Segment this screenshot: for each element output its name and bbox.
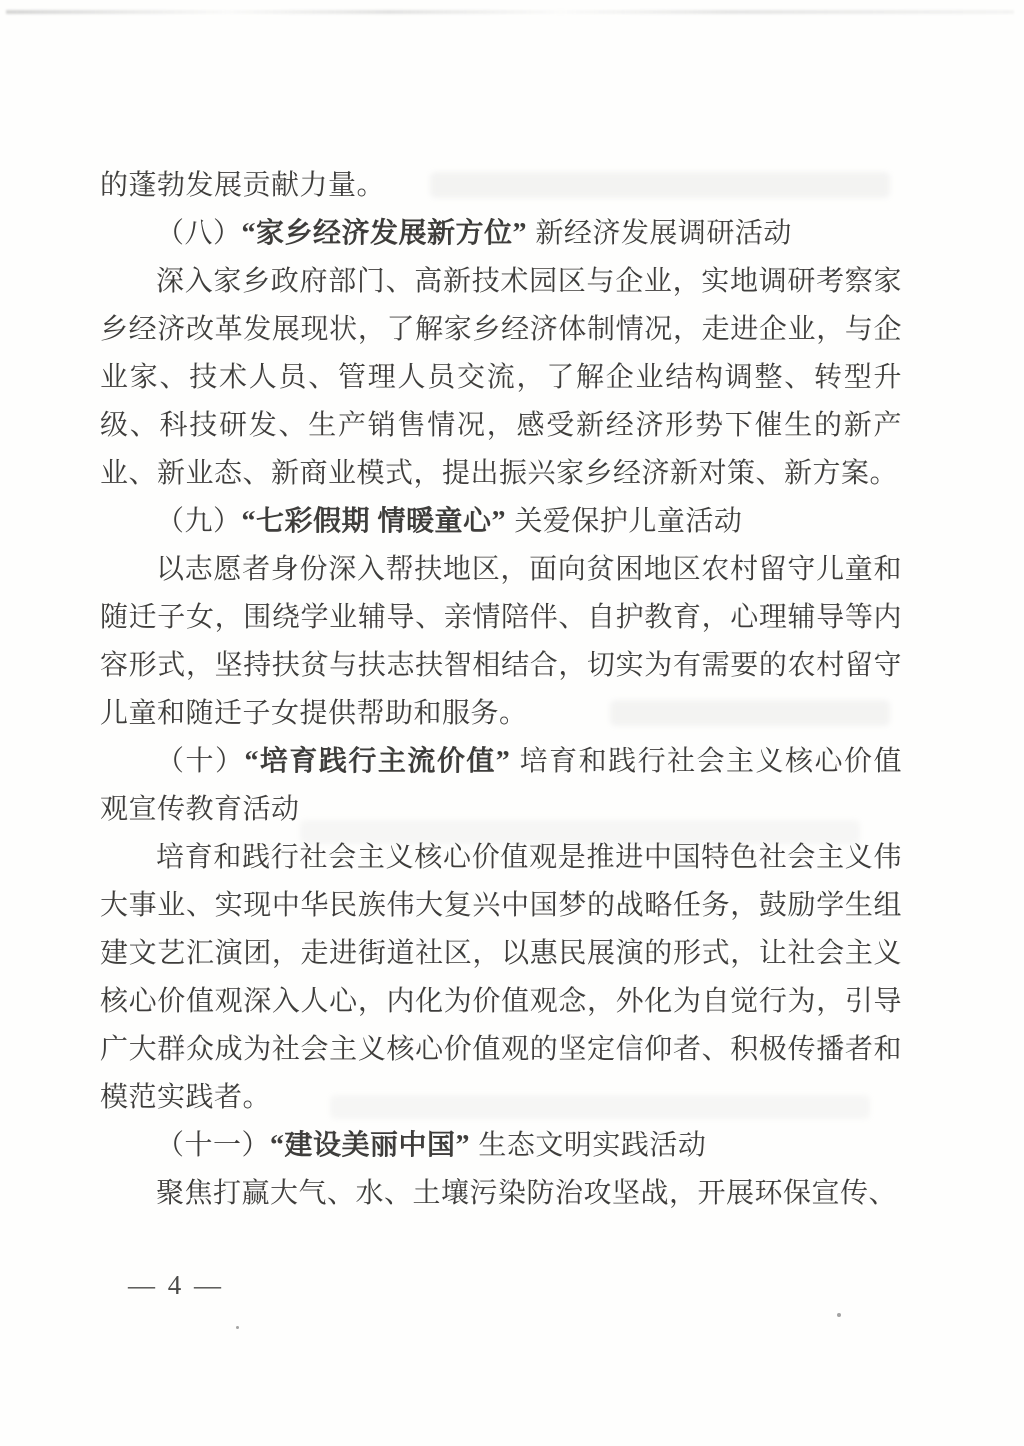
section-heading-10: （十）“培育践行主流价值”培育和践行社会主义核心价值观宣传教育活动 bbox=[100, 738, 902, 834]
heading-prefix: （八） bbox=[156, 218, 242, 249]
section-body-10: 培育和践行社会主义核心价值观是推进中国特色社会主义伟大事业、实现中华民族伟大复兴… bbox=[100, 834, 902, 1122]
scanned-document-page: 的蓬勃发展贡献力量。 （八）“家乡经济发展新方位”新经济发展调研活动 深入家乡政… bbox=[0, 0, 1024, 1446]
heading-prefix: （十） bbox=[156, 746, 244, 777]
scan-artifact-speck bbox=[236, 1326, 239, 1329]
heading-suffix: 关爱保护儿童活动 bbox=[514, 506, 742, 537]
section-body-11: 聚焦打赢大气、水、土壤污染防治攻坚战，开展环保宣传、 bbox=[100, 1170, 902, 1218]
heading-suffix: 生态文明实践活动 bbox=[478, 1130, 706, 1161]
heading-prefix: （九） bbox=[156, 506, 242, 537]
page-number: — 4 — bbox=[128, 1270, 224, 1301]
heading-title: “家乡经济发展新方位” bbox=[242, 218, 528, 249]
document-content: 的蓬勃发展贡献力量。 （八）“家乡经济发展新方位”新经济发展调研活动 深入家乡政… bbox=[100, 162, 902, 1218]
section-heading-8: （八）“家乡经济发展新方位”新经济发展调研活动 bbox=[100, 210, 902, 258]
heading-title: “建设美丽中国” bbox=[270, 1130, 470, 1161]
section-body-9: 以志愿者身份深入帮扶地区，面向贫困地区农村留守儿童和随迁子女，围绕学业辅导、亲情… bbox=[100, 546, 902, 738]
heading-title: “七彩假期 情暖童心” bbox=[242, 506, 507, 537]
paragraph-continuation: 的蓬勃发展贡献力量。 bbox=[100, 162, 902, 210]
section-heading-11: （十一）“建设美丽中国”生态文明实践活动 bbox=[100, 1122, 902, 1170]
heading-prefix: （十一） bbox=[156, 1130, 270, 1161]
heading-suffix: 新经济发展调研活动 bbox=[535, 218, 792, 249]
section-heading-9: （九）“七彩假期 情暖童心”关爱保护儿童活动 bbox=[100, 498, 902, 546]
scan-artifact-top-edge bbox=[6, 10, 1014, 14]
heading-title: “培育践行主流价值” bbox=[244, 746, 510, 777]
section-body-8: 深入家乡政府部门、高新技术园区与企业，实地调研考察家乡经济改革发展现状，了解家乡… bbox=[100, 258, 902, 498]
scan-artifact-speck bbox=[837, 1313, 841, 1317]
